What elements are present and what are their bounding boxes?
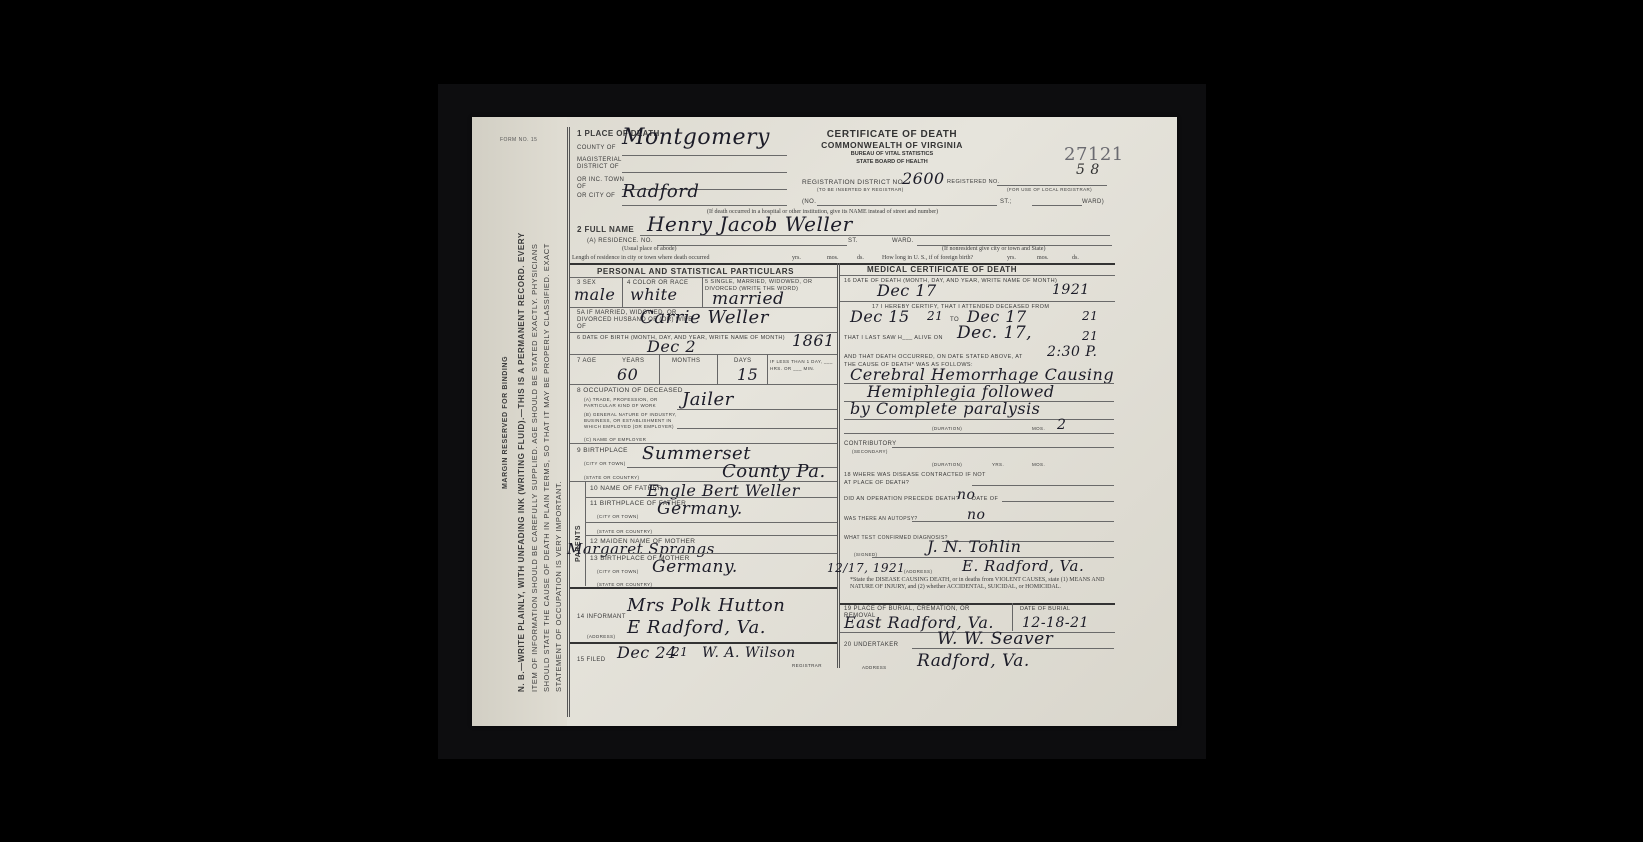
father-state-label: (STATE OR COUNTRY) <box>597 529 652 534</box>
margin-rule <box>567 127 570 717</box>
local-use-note: (FOR USE OF LOCAL REGISTRAR) <box>1007 187 1092 192</box>
reg-district-value: 2600 <box>902 169 945 188</box>
birthplace-city-label: (CITY OR TOWN) <box>584 461 626 466</box>
cell-divider <box>659 354 660 384</box>
magisterial-label: MAGISTERIAL DISTRICT OF <box>577 157 627 171</box>
cell-divider <box>767 354 768 384</box>
informant-label: 14 INFORMANT <box>577 614 626 620</box>
instruction-line-1: N. B.—WRITE PLAINLY, WITH UNFADING INK (… <box>517 232 526 692</box>
mother-birthplace: Germany. <box>652 557 738 577</box>
duration-label: (DURATION) <box>932 426 962 431</box>
file-subnumber: 5 8 <box>1076 162 1100 178</box>
informant-address: E Radford, Va. <box>627 617 766 638</box>
informant-address-label: (ADDRESS) <box>587 634 615 639</box>
registered-no-label: REGISTERED NO. <box>947 179 1000 185</box>
how-long-us-label: How long in U. S., if of foreign birth? <box>882 255 973 261</box>
dob-year: 1861 <box>792 331 835 350</box>
rule <box>570 354 837 355</box>
us-ds: ds. <box>1072 255 1079 261</box>
rule <box>972 485 1114 486</box>
rule <box>817 205 997 206</box>
rule <box>640 235 1110 236</box>
filed-label: 15 FILED <box>577 657 606 663</box>
physician-signature: J. N. Tohlin <box>927 537 1021 556</box>
filed-year: 21 <box>672 645 688 659</box>
rule <box>585 553 837 554</box>
rule <box>622 172 787 173</box>
len-ds: ds. <box>857 255 864 261</box>
rule <box>570 587 837 589</box>
instruction-line-3: SHOULD STATE THE CAUSE OF DEATH IN PLAIN… <box>542 243 551 692</box>
county-label: COUNTY OF <box>577 145 616 151</box>
operation-label: DID AN OPERATION PRECEDE DEATH? <box>844 496 959 502</box>
rule <box>570 642 837 644</box>
physician-address: E. Radford, Va. <box>962 557 1084 575</box>
cell-divider <box>702 277 703 307</box>
city-value: Radford <box>622 181 699 202</box>
registrar-signature: W. A. Wilson <box>702 645 796 661</box>
rule <box>657 245 847 246</box>
undertaker-label: 20 UNDERTAKER <box>844 642 898 648</box>
birthplace-label: 9 BIRTHPLACE <box>577 447 628 454</box>
father-city-label: (CITY OR TOWN) <box>597 514 639 519</box>
rule <box>622 205 787 206</box>
year-of-death: 1921 <box>1052 282 1090 298</box>
us-yrs: yrs. <box>1007 255 1016 261</box>
st-label: ST.; <box>1000 199 1012 205</box>
spouse-value: Carrie Weller <box>640 307 769 328</box>
occupation-label: 8 OCCUPATION OF DECEASED <box>577 387 683 394</box>
duration-mos: 2 <box>1057 417 1066 433</box>
marital-value: married <box>712 289 784 309</box>
personal-heading: PERSONAL AND STATISTICAL PARTICULARS <box>597 267 794 276</box>
rule <box>585 522 837 523</box>
full-name-value: Henry Jacob Weller <box>647 212 853 236</box>
len-mos: mos. <box>827 255 839 261</box>
reg-district-label: REGISTRATION DISTRICT NO. <box>802 179 905 186</box>
length-residence-label: Length of residence in city or town wher… <box>572 255 709 261</box>
contrib-duration-label: (DURATION) <box>932 462 962 467</box>
last-saw-year: 21 <box>1082 329 1098 343</box>
rule <box>585 497 837 498</box>
months-label: MONTHS <box>672 358 700 364</box>
full-name-label: 2 FULL NAME <box>577 225 634 234</box>
nonresident-note: (If nonresident give city or town and St… <box>942 246 1045 252</box>
rule <box>912 521 1114 522</box>
signed-date: 12/17, 1921 <box>827 561 905 575</box>
rule <box>585 535 837 536</box>
city-label: OR CITY OF <box>577 193 627 200</box>
rule <box>1002 501 1114 502</box>
margin-reserved-note: MARGIN RESERVED FOR BINDING <box>502 356 509 489</box>
less-than-day-label: IF LESS THAN 1 DAY, ___ HRS. OR ___ MIN. <box>770 358 835 372</box>
physician-address-label: (ADDRESS) <box>904 569 932 574</box>
contrib-yrs-label: yrs. <box>992 462 1004 467</box>
attended-to-year: 21 <box>1082 309 1098 323</box>
duration-mos-label: mos. <box>1032 426 1045 431</box>
days-label: DAYS <box>734 358 752 364</box>
rule <box>840 301 1115 302</box>
rule <box>840 603 1115 605</box>
medical-heading: MEDICAL CERTIFICATE OF DEATH <box>867 265 1017 274</box>
years-label: YEARS <box>622 358 644 364</box>
rule <box>840 275 1115 276</box>
contributory-label: CONTRIBUTORY <box>844 441 897 447</box>
bureau-title: BUREAU OF VITAL STATISTICS <box>812 151 972 157</box>
column-divider <box>837 263 840 668</box>
no-label: (NO. <box>802 199 816 205</box>
form-number: FORM NO. 15 <box>500 137 537 143</box>
rule <box>570 384 837 385</box>
rule <box>677 428 837 429</box>
birthplace-state: County Pa. <box>722 461 826 482</box>
birthplace-state-label: (STATE OR COUNTRY) <box>584 475 639 480</box>
burial-date-label: DATE OF BURIAL <box>1020 606 1070 612</box>
informant-value: Mrs Polk Hutton <box>627 595 785 616</box>
instruction-line-4: STATEMENT OF OCCUPATION IS VERY IMPORTAN… <box>554 481 563 692</box>
rule <box>997 185 1107 186</box>
to-be-inserted-note: (TO BE INSERTED BY REGISTRAR) <box>817 187 904 192</box>
mother-city-label: (CITY OR TOWN) <box>597 569 639 574</box>
rule <box>892 447 1114 448</box>
operation-date-label: DATE OF <box>972 496 998 502</box>
date-of-death-label: 16 DATE OF DEATH (MONTH, DAY, AND YEAR, … <box>844 278 1057 284</box>
usual-abode-note: (Usual place of abode) <box>622 246 676 252</box>
cell-divider <box>622 277 623 307</box>
residence-label: (A) RESIDENCE. NO. <box>587 238 653 244</box>
death-occurred-label: AND THAT DEATH OCCURRED, ON DATE STATED … <box>844 354 1023 360</box>
certificate-title: CERTIFICATE OF DEATH <box>802 129 982 140</box>
rule <box>844 433 1114 434</box>
board-title: STATE BOARD OF HEALTH <box>812 159 972 165</box>
occupation-b-label: (B) GENERAL NATURE OF INDUSTRY, BUSINESS… <box>584 412 682 430</box>
rule <box>844 419 1114 420</box>
occupation-value: Jailer <box>682 389 734 410</box>
rule <box>912 648 1114 649</box>
res-st-label: ST. <box>848 238 858 244</box>
age-days: 15 <box>737 365 758 384</box>
secondary-label: (SECONDARY) <box>852 449 888 454</box>
undertaker-address: Radford, Va. <box>917 651 1030 671</box>
cell-divider <box>1012 603 1013 631</box>
rule <box>570 277 837 278</box>
date-of-death: Dec 17 <box>877 281 937 300</box>
race-value: white <box>630 285 678 304</box>
inc-town-label: OR INC. TOWN OF <box>577 177 627 191</box>
res-ward-label: WARD. <box>892 238 914 244</box>
undertaker-value: W. W. Seaver <box>937 629 1053 649</box>
age-years: 60 <box>617 365 638 384</box>
commonwealth-title: COMMONWEALTH OF VIRGINIA <box>792 140 992 150</box>
age-label: 7 AGE <box>577 358 596 364</box>
sex-value: male <box>574 285 615 304</box>
rule <box>1032 205 1082 206</box>
occupation-c-label: (C) NAME OF EMPLOYER <box>584 437 646 442</box>
attended-from: Dec 15 <box>850 307 910 326</box>
cause-footnote: *State the DISEASE CAUSING DEATH, or in … <box>850 577 1112 591</box>
occupation-a-label: (A) TRADE, PROFESSION, OR PARTICULAR KIN… <box>584 397 682 409</box>
father-birthplace: Germany. <box>657 499 743 519</box>
last-saw-date: Dec. 17, <box>957 323 1032 343</box>
death-certificate: FORM NO. 15 MARGIN RESERVED FOR BINDING … <box>472 117 1177 726</box>
len-yrs: yrs. <box>792 255 801 261</box>
attended-from-year: 21 <box>927 309 943 323</box>
rule <box>570 263 1115 265</box>
rule <box>622 155 787 156</box>
autopsy-label: WAS THERE AN AUTOPSY? <box>844 516 918 522</box>
us-mos: mos. <box>1037 255 1049 261</box>
cause-line-3: by Complete paralysis <box>850 399 1040 418</box>
registrar-label: REGISTRAR <box>792 663 822 668</box>
instruction-line-2: ITEM OF INFORMATION SHOULD BE CAREFULLY … <box>530 243 539 692</box>
ward-label: WARD) <box>1082 199 1104 205</box>
death-time: 2:30 P. <box>1047 344 1097 360</box>
cell-divider <box>717 354 718 384</box>
rule <box>677 409 837 410</box>
contrib-mos-label: mos. <box>1032 462 1045 467</box>
filed-date: Dec 24 <box>617 643 677 662</box>
undertaker-address-label: ADDRESS <box>862 665 887 670</box>
county-value: Montgomery <box>622 125 770 150</box>
last-saw-label: THAT I LAST SAW H___ ALIVE ON <box>844 335 943 341</box>
